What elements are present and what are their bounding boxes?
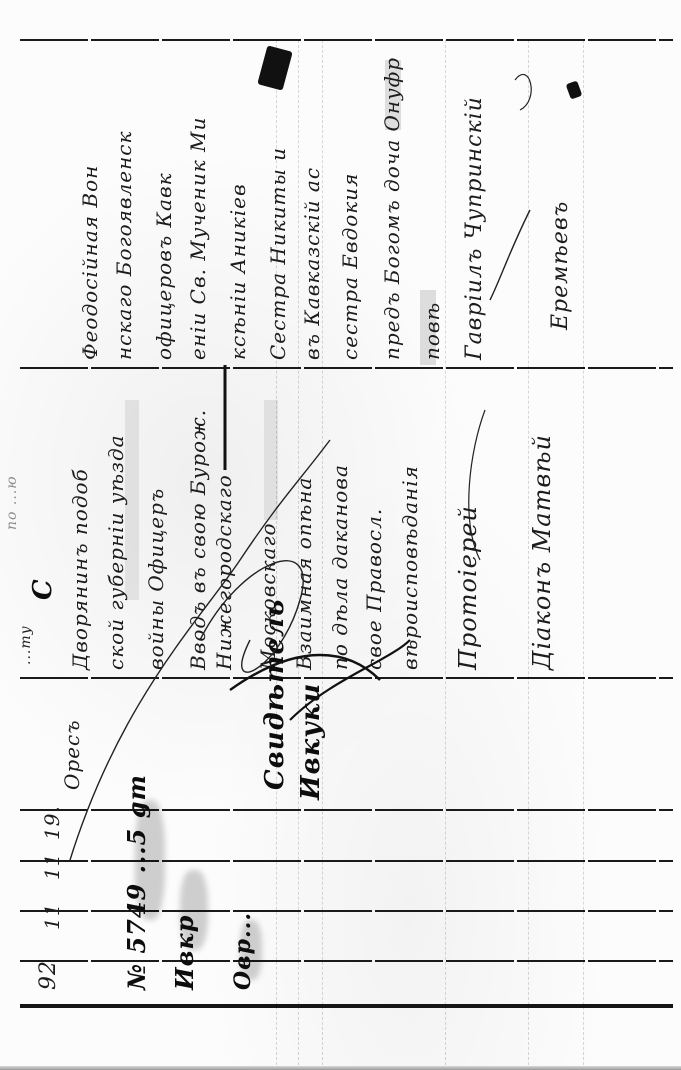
lower-line-9: свое Правосл. (362, 508, 386, 670)
upper-line-9: предъ Богомъ доча Онуфр (380, 57, 404, 360)
witness-signature-2: Ивкуки (296, 683, 326, 800)
lower-line-3: войны Офицеръ (144, 488, 168, 670)
lower-line-5: Нижегородскаго (212, 474, 236, 670)
rule-top (20, 39, 673, 41)
margin-note-small: ...ту (18, 625, 34, 665)
upper-line-8: сестра Евдокия (338, 173, 362, 360)
date-mark-3: 19. (40, 805, 64, 840)
upper-line-1: Феодосiйная Вон (78, 165, 102, 360)
date-mark-2: 11 (40, 853, 64, 880)
lower-line-7: Взаимная опѣна (292, 477, 316, 670)
rule-row-2 (20, 860, 673, 862)
witness-signature-1: Свидѣтель (260, 599, 290, 790)
faint-margin-text: по ...ю (4, 475, 20, 530)
letter-mark: С (28, 578, 58, 600)
upper-line-4: енiи Св. Мученик Ми (186, 117, 210, 360)
margin-name-2: Овр... (230, 912, 256, 990)
upper-line-2: нскаго Богоявленск (112, 131, 136, 360)
entry-number: 92 (36, 960, 61, 990)
rule-row-1 (20, 809, 673, 811)
guide-line (583, 40, 584, 1065)
margin-name-1: Ивкр (170, 915, 199, 990)
priest-signature-upper: Гаврiилъ Чупринскiй (462, 96, 487, 360)
lower-line-10: вѣроисповѣданiя (398, 465, 422, 670)
deacon-signature-upper: Еремѣевъ (548, 201, 573, 330)
rule-mid-2 (20, 677, 673, 679)
upper-line-6: Сестра Никиты и (266, 147, 290, 360)
rule-bottom (20, 1004, 673, 1008)
page-edge (0, 1066, 681, 1070)
upper-line-10: повѣ (420, 302, 444, 360)
upper-line-5: ксѣнiи Аникiев (226, 183, 250, 360)
lower-line-2: ской губернiи уѣзда (104, 434, 128, 670)
rule-mid-1 (20, 367, 673, 369)
lower-line-4: Вводъ въ свою Бурож. (186, 409, 210, 670)
record-number: № 5749 ...5 gm (122, 774, 151, 990)
upper-line-7: въ Кавказскiй ас (300, 167, 324, 360)
priest-title: Протоiерей (454, 505, 482, 670)
guide-line (445, 40, 446, 1065)
deacon-title: Дiаконъ Матвѣй (528, 434, 556, 670)
lower-line-1: Дворянинъ подоб (68, 468, 92, 670)
lower-line-8: по дѣла даканова (328, 464, 352, 670)
date-mark-1: 11 (40, 903, 64, 930)
margin-note: Оресъ (60, 719, 84, 790)
register-page: Феодосiйная Вон нскаго Богоявленск офице… (0, 0, 681, 1070)
ink-blot (566, 80, 583, 99)
rule-row-4 (20, 960, 673, 962)
highlight-mark (264, 400, 278, 520)
ink-blot (257, 45, 292, 90)
rule-row-3 (20, 910, 673, 912)
upper-line-3: офицеровъ Кавк (152, 172, 176, 360)
